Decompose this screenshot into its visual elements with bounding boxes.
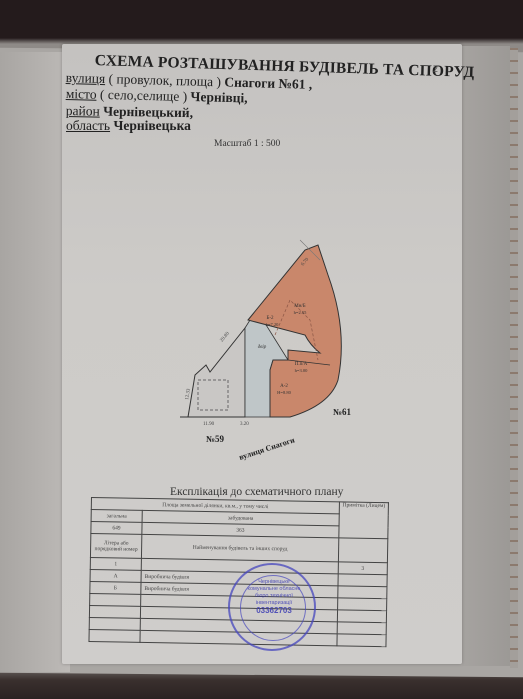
city-label-rest: ( село,селище )	[100, 87, 188, 104]
col-num-1: 1	[90, 557, 141, 570]
row-note	[338, 586, 387, 599]
left-page-edge	[0, 52, 70, 672]
row-note	[337, 634, 386, 647]
row-letter	[89, 629, 140, 642]
row-letter	[89, 617, 140, 630]
building-height-ppa: h=3.00	[295, 368, 308, 373]
neighbor-59-label: №59	[206, 434, 225, 444]
notes-header: Примітка (Лицем)	[339, 502, 389, 539]
col-num-3: 3	[338, 562, 387, 575]
stamp-text: Чернівецьке комунальне обласне бюро техн…	[247, 579, 301, 614]
explication-title: Експлікація до схематичного плану	[170, 486, 343, 498]
row-note	[337, 622, 386, 635]
row-letter: А	[90, 569, 141, 582]
plot-59-outline	[188, 328, 245, 417]
address-region: область Чернівецька	[66, 118, 191, 134]
building-height-b2: h=7.20	[266, 322, 279, 327]
building-label-ppa: П.п/А	[295, 362, 308, 367]
building-height-a2: H=8.80	[277, 390, 291, 395]
building-height-mnb: h=2.55	[294, 310, 307, 315]
official-stamp: Чернівецьке комунальне обласне бюро техн…	[228, 563, 316, 651]
name-header: Найменування будівель та інших споруд	[141, 534, 338, 561]
binder-edge	[510, 48, 518, 668]
building-label-mnb: Мн/Б	[294, 304, 306, 309]
building-label-b2: Б-2	[266, 316, 274, 321]
yard-label: двір	[258, 345, 267, 350]
dim-11-90: 11.90	[203, 422, 215, 427]
row-note	[337, 610, 386, 623]
letter-header: Літера або порядковий номер	[90, 534, 141, 559]
scale-label: Масштаб 1 : 500	[214, 139, 280, 149]
district-label: район	[66, 103, 100, 119]
row-letter	[89, 605, 140, 618]
total-area-value: 649	[91, 522, 142, 535]
region-label: область	[66, 118, 110, 133]
notes-header-cont	[338, 538, 387, 563]
region-value: Чернівецька	[113, 118, 190, 133]
page-number: 2	[433, 64, 438, 75]
site-plan: Мн/Б h=2.55 Б-2 h=7.20 П.п/А h=3.00 А-2 …	[170, 220, 370, 470]
stamp-line: Чернівецьке	[247, 579, 301, 586]
row-note	[338, 574, 387, 587]
dim-3-20: 3.20	[240, 422, 249, 427]
city-label: місто	[66, 86, 97, 102]
stamp-line: бюро технічної	[247, 593, 301, 600]
neighbor-61-label: №61	[333, 407, 352, 417]
row-letter: Б	[90, 581, 141, 594]
city-value: Чернівці,	[190, 89, 247, 105]
stamp-line: комунальне обласне	[247, 586, 301, 593]
right-page-stack	[462, 46, 510, 666]
total-area-label: загальна	[91, 510, 142, 523]
row-letter	[90, 593, 141, 606]
street-name-label: вулиця Снагоги	[238, 435, 296, 462]
row-note	[338, 598, 387, 611]
stamp-code: 03362703	[247, 607, 301, 614]
building-label-a2: А-2	[280, 384, 288, 389]
street-label: вулиця	[66, 70, 106, 86]
dim-20-80: 20.80	[220, 331, 231, 343]
